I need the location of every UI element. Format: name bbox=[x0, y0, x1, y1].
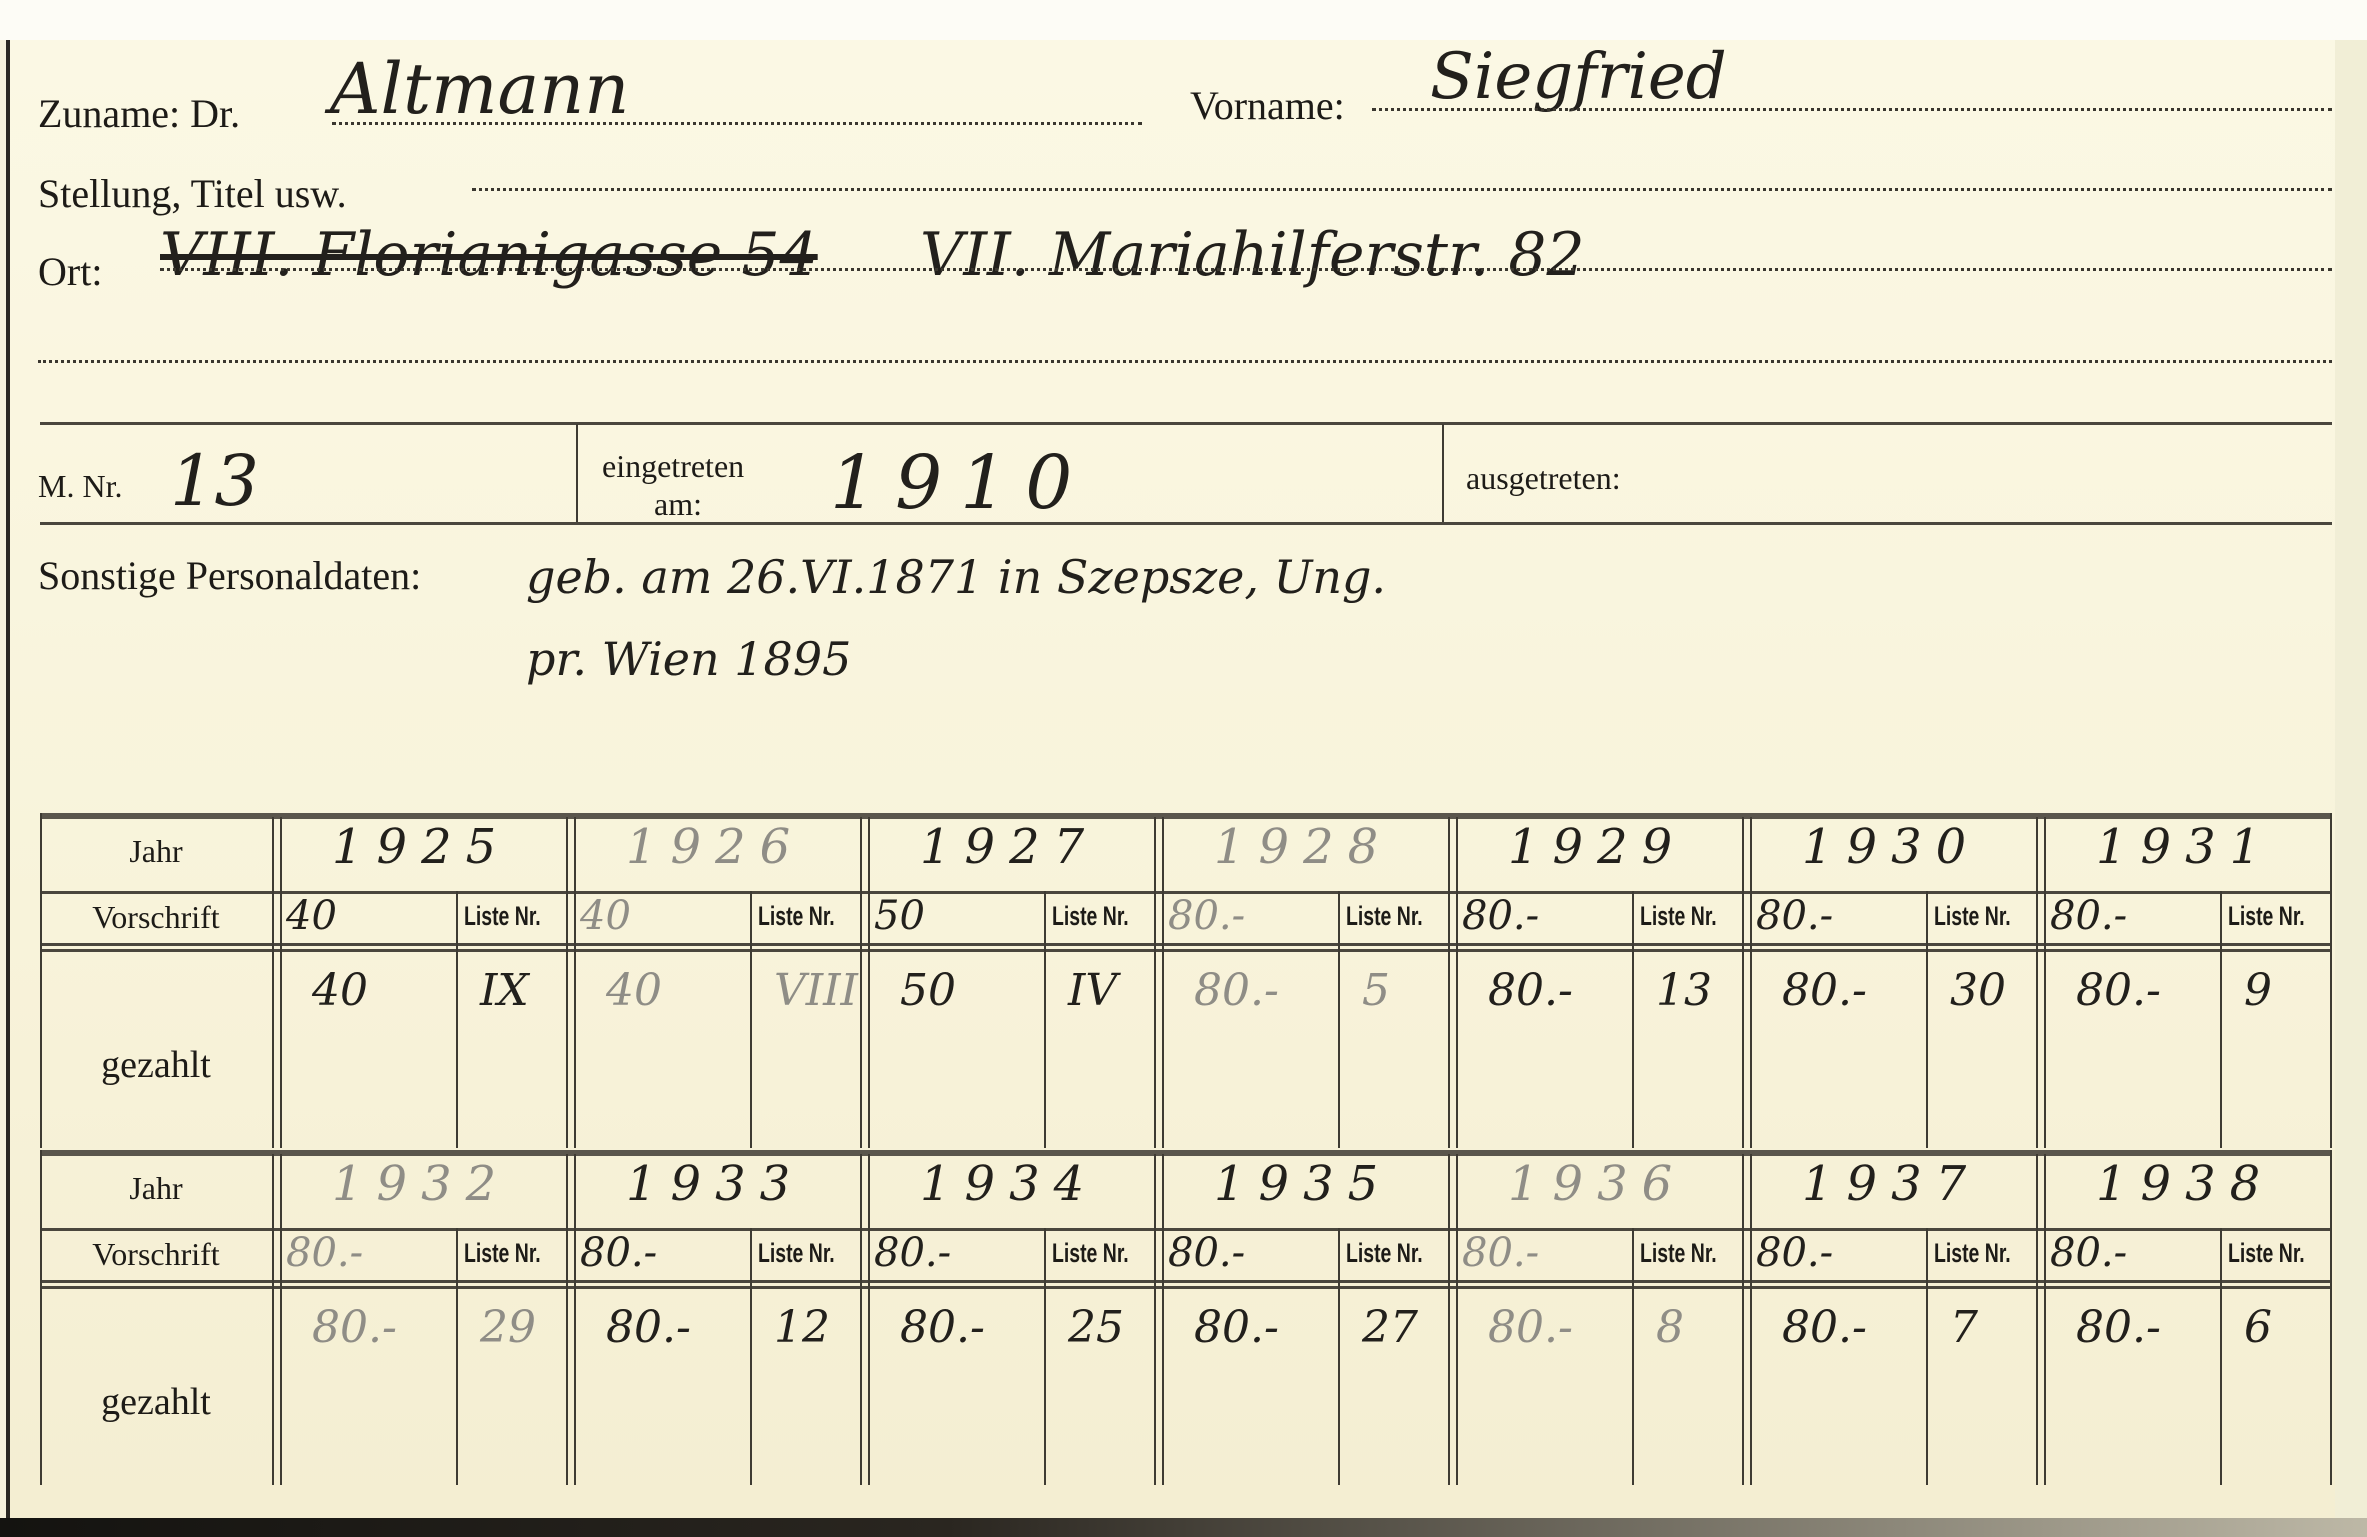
list-no-label: Liste Nr. bbox=[2228, 1238, 2305, 1269]
paid-list-no: 27 bbox=[1362, 1302, 1418, 1353]
year-column-divider bbox=[860, 817, 870, 1148]
joined-value: 1910 bbox=[830, 440, 1090, 526]
paid-amount: 40 bbox=[312, 965, 368, 1016]
paid-amount: 40 bbox=[606, 965, 662, 1016]
scan-bottom-shadow bbox=[0, 1518, 2367, 1537]
place-label: Ort: bbox=[38, 248, 102, 295]
place-old-value: VIII. Florianigasse 54 bbox=[160, 220, 818, 290]
list-no-divider bbox=[1338, 1228, 1340, 1485]
list-no-divider bbox=[1926, 891, 1928, 1148]
list-no-label: Liste Nr. bbox=[1640, 1238, 1717, 1269]
paid-list-no: VIII bbox=[774, 965, 858, 1016]
year-value: 1929 bbox=[1508, 819, 1686, 875]
table-right-border bbox=[2330, 1150, 2332, 1485]
paid-list-no: 25 bbox=[1068, 1302, 1124, 1353]
row-label-required: Vorschrift bbox=[40, 1236, 272, 1273]
year-column-divider bbox=[2036, 1154, 2046, 1485]
list-no-label: Liste Nr. bbox=[1934, 1238, 2011, 1269]
required-amount: 40 bbox=[580, 893, 631, 939]
paid-amount: 80.- bbox=[1782, 965, 1867, 1016]
required-amount: 80.- bbox=[1168, 1230, 1245, 1276]
required-amount: 80.- bbox=[1756, 1230, 1833, 1276]
surname-label: Zuname: Dr. bbox=[38, 90, 240, 137]
year-column-divider bbox=[2036, 817, 2046, 1148]
paid-amount: 80.- bbox=[312, 1302, 397, 1353]
paid-amount: 80.- bbox=[900, 1302, 985, 1353]
year-value: 1925 bbox=[332, 819, 510, 875]
list-no-divider bbox=[1926, 1228, 1928, 1485]
paid-amount: 80.- bbox=[1194, 1302, 1279, 1353]
required-amount: 80.- bbox=[874, 1230, 951, 1276]
paid-list-no: 8 bbox=[1656, 1302, 1684, 1353]
paid-amount: 80.- bbox=[606, 1302, 691, 1353]
paid-list-no: 9 bbox=[2244, 965, 2272, 1016]
paid-amount: 80.- bbox=[1782, 1302, 1867, 1353]
year-value: 1928 bbox=[1214, 819, 1392, 875]
required-row-rule bbox=[40, 943, 2330, 946]
year-value: 1935 bbox=[1214, 1156, 1392, 1212]
list-no-divider bbox=[2220, 891, 2222, 1148]
list-no-divider bbox=[1632, 891, 1634, 1148]
list-no-divider bbox=[1632, 1228, 1634, 1485]
list-no-divider bbox=[750, 891, 752, 1148]
personal-data-line-1: geb. am 26.VI.1871 in Szepsze, Ung. bbox=[526, 550, 1386, 604]
year-column-divider bbox=[1448, 817, 1458, 1148]
list-no-label: Liste Nr. bbox=[1052, 1238, 1129, 1269]
membership-index-card: Zuname: Dr. Altmann Vorname: Siegfried S… bbox=[6, 40, 2335, 1520]
year-value: 1936 bbox=[1508, 1156, 1686, 1212]
list-no-label: Liste Nr. bbox=[1934, 901, 2011, 932]
required-amount: 80.- bbox=[2050, 893, 2127, 939]
personal-data-label: Sonstige Personaldaten: bbox=[38, 552, 421, 599]
year-value: 1934 bbox=[920, 1156, 1098, 1212]
member-no-value: 13 bbox=[170, 440, 259, 522]
scan-right-margin bbox=[2331, 40, 2367, 1520]
list-no-label: Liste Nr. bbox=[464, 1238, 541, 1269]
firstname-line bbox=[1372, 108, 2332, 111]
row-label-year: Jahr bbox=[40, 833, 272, 870]
paid-list-no: IX bbox=[480, 965, 529, 1016]
required-amount: 40 bbox=[286, 893, 337, 939]
required-amount: 80.- bbox=[1756, 893, 1833, 939]
list-no-label: Liste Nr. bbox=[464, 901, 541, 932]
membership-divider-2 bbox=[1442, 424, 1444, 522]
list-no-label: Liste Nr. bbox=[758, 1238, 835, 1269]
paid-list-no: 13 bbox=[1656, 965, 1712, 1016]
paid-list-no: 12 bbox=[774, 1302, 830, 1353]
year-column-divider bbox=[272, 817, 282, 1148]
year-column-divider bbox=[1154, 1154, 1164, 1485]
membership-bottom-rule bbox=[40, 522, 2332, 525]
list-no-label: Liste Nr. bbox=[758, 901, 835, 932]
membership-divider-1 bbox=[576, 424, 578, 522]
paid-amount: 80.- bbox=[2076, 965, 2161, 1016]
paid-list-no: 7 bbox=[1950, 1302, 1978, 1353]
list-no-label: Liste Nr. bbox=[1346, 1238, 1423, 1269]
required-row-rule bbox=[40, 1280, 2330, 1283]
table-right-border bbox=[2330, 813, 2332, 1148]
list-no-divider bbox=[456, 1228, 458, 1485]
row-label-required: Vorschrift bbox=[40, 899, 272, 936]
list-no-divider bbox=[456, 891, 458, 1148]
list-no-label: Liste Nr. bbox=[2228, 901, 2305, 932]
joined-label: eingetreten bbox=[602, 448, 744, 485]
surname-value: Altmann bbox=[330, 48, 629, 130]
required-amount: 80.- bbox=[580, 1230, 657, 1276]
year-value: 1930 bbox=[1802, 819, 1980, 875]
required-amount: 80.- bbox=[1462, 1230, 1539, 1276]
place-line bbox=[160, 268, 2332, 271]
year-value: 1938 bbox=[2096, 1156, 2274, 1212]
required-amount: 80.- bbox=[286, 1230, 363, 1276]
list-no-label: Liste Nr. bbox=[1346, 901, 1423, 932]
scan-top-margin bbox=[0, 0, 2367, 40]
joined-label-am: am: bbox=[654, 486, 702, 523]
year-value: 1937 bbox=[1802, 1156, 1980, 1212]
required-amount: 50 bbox=[874, 893, 925, 939]
paid-list-no: 5 bbox=[1362, 965, 1390, 1016]
required-row-rule-2 bbox=[40, 1286, 2330, 1289]
firstname-value: Siegfried bbox=[1430, 40, 1727, 114]
list-no-divider bbox=[1044, 891, 1046, 1148]
paid-list-no: IV bbox=[1068, 965, 1117, 1016]
position-line bbox=[472, 188, 2332, 191]
position-label: Stellung, Titel usw. bbox=[38, 170, 347, 217]
year-column-divider bbox=[1448, 1154, 1458, 1485]
list-no-label: Liste Nr. bbox=[1640, 901, 1717, 932]
row-label-paid: gezahlt bbox=[40, 1380, 272, 1424]
paid-list-no: 29 bbox=[480, 1302, 536, 1353]
year-column-divider bbox=[860, 1154, 870, 1485]
blank-line bbox=[38, 360, 2332, 363]
required-amount: 80.- bbox=[1462, 893, 1539, 939]
left-label: ausgetreten: bbox=[1466, 460, 1621, 497]
required-amount: 80.- bbox=[1168, 893, 1245, 939]
row-label-year: Jahr bbox=[40, 1170, 272, 1207]
member-no-label: M. Nr. bbox=[38, 468, 122, 505]
list-no-divider bbox=[1044, 1228, 1046, 1485]
place-new-value: VII. Mariahilferstr. 82 bbox=[920, 220, 1585, 290]
year-column-divider bbox=[1742, 817, 1752, 1148]
required-amount: 80.- bbox=[2050, 1230, 2127, 1276]
paid-amount: 80.- bbox=[1488, 1302, 1573, 1353]
list-no-label: Liste Nr. bbox=[1052, 901, 1129, 932]
year-column-divider bbox=[1742, 1154, 1752, 1485]
firstname-label: Vorname: bbox=[1190, 82, 1345, 129]
membership-top-rule bbox=[40, 422, 2332, 425]
year-column-divider bbox=[566, 817, 576, 1148]
list-no-divider bbox=[750, 1228, 752, 1485]
year-value: 1932 bbox=[332, 1156, 510, 1212]
paid-amount: 80.- bbox=[1194, 965, 1279, 1016]
year-column-divider bbox=[272, 1154, 282, 1485]
list-no-divider bbox=[2220, 1228, 2222, 1485]
year-value: 1926 bbox=[626, 819, 804, 875]
year-column-divider bbox=[566, 1154, 576, 1485]
year-value: 1931 bbox=[2096, 819, 2274, 875]
paid-amount: 80.- bbox=[2076, 1302, 2161, 1353]
personal-data-line-2: pr. Wien 1895 bbox=[526, 632, 851, 686]
paid-amount: 50 bbox=[900, 965, 956, 1016]
paid-list-no: 30 bbox=[1950, 965, 2006, 1016]
year-value: 1927 bbox=[920, 819, 1098, 875]
surname-line bbox=[332, 122, 1142, 125]
paid-list-no: 6 bbox=[2244, 1302, 2272, 1353]
year-value: 1933 bbox=[626, 1156, 804, 1212]
list-no-divider bbox=[1338, 891, 1340, 1148]
row-label-paid: gezahlt bbox=[40, 1043, 272, 1087]
paid-amount: 80.- bbox=[1488, 965, 1573, 1016]
required-row-rule-2 bbox=[40, 949, 2330, 952]
year-column-divider bbox=[1154, 817, 1164, 1148]
